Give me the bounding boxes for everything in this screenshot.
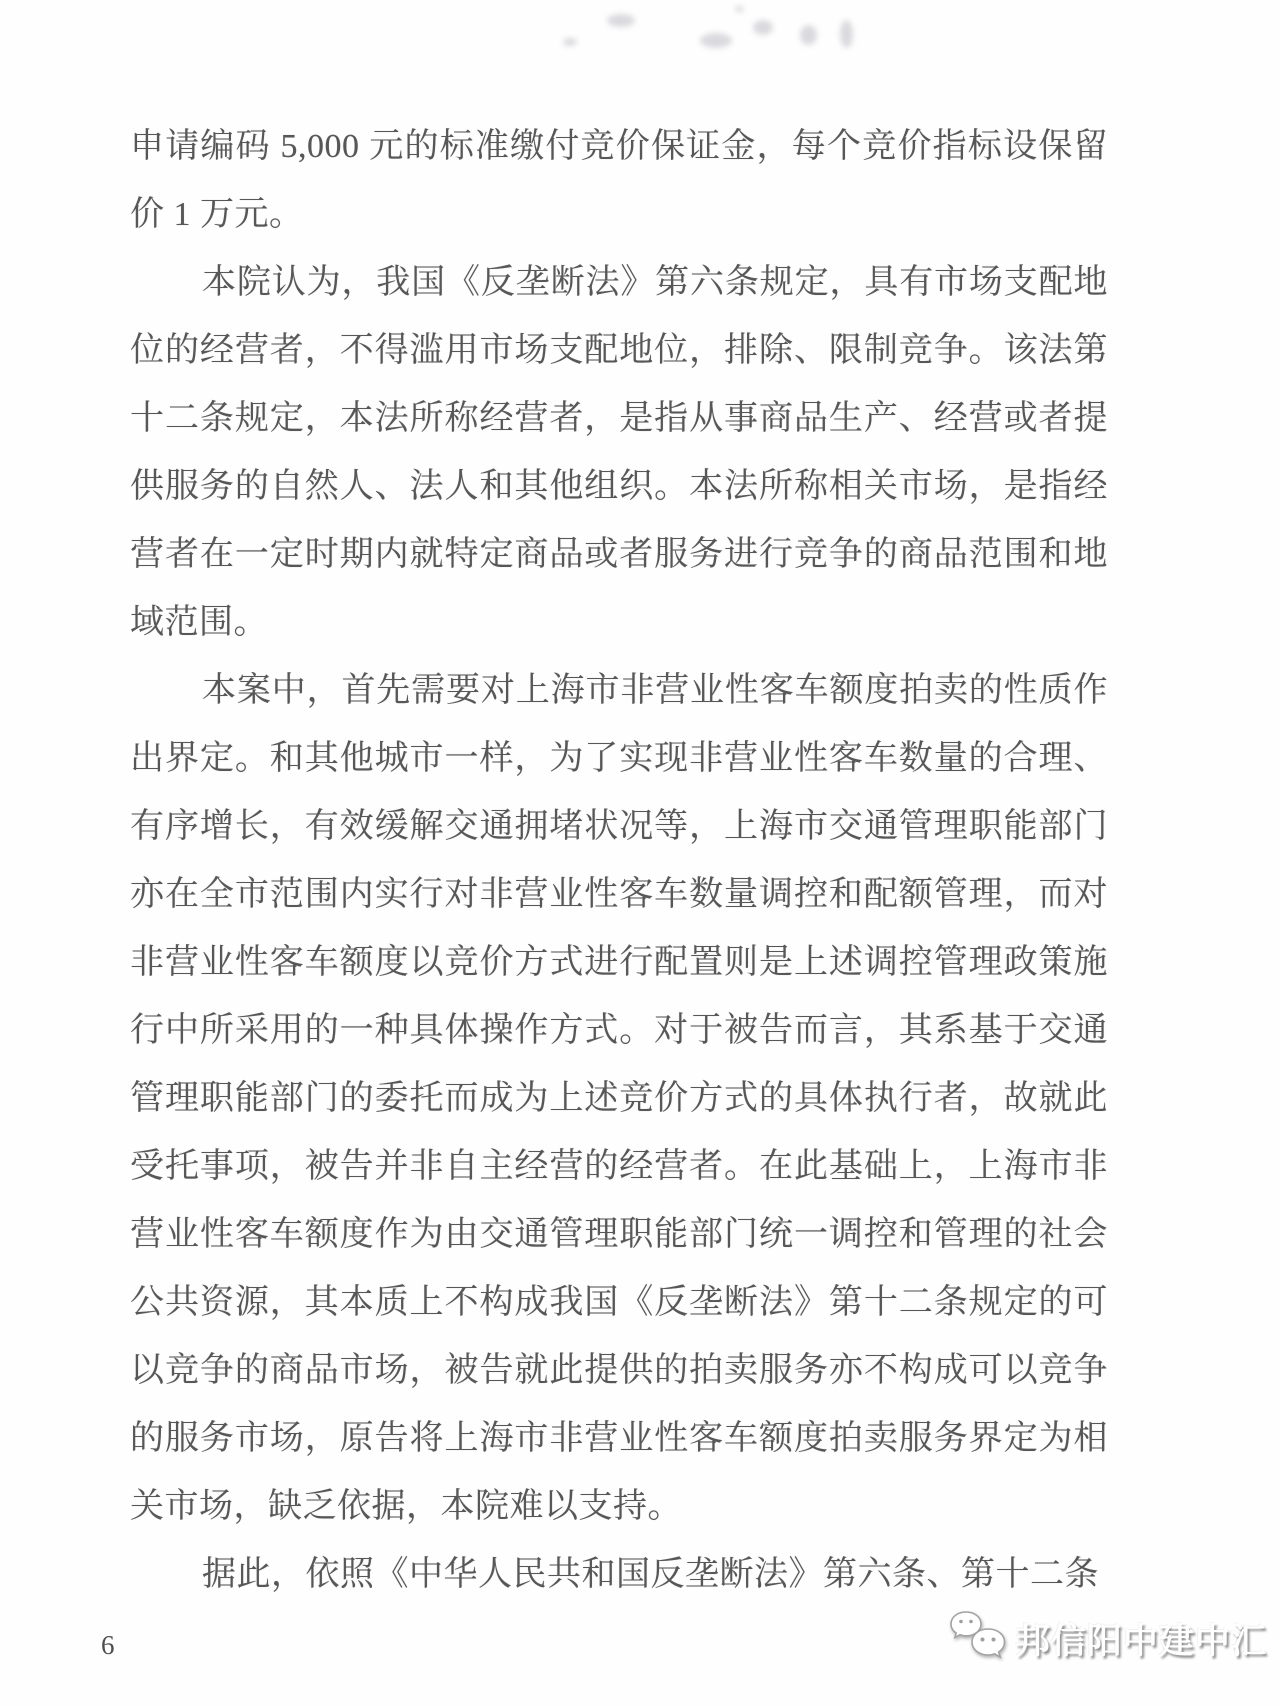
text-line: 行中所采用的一种具体操作方式。对于被告而言，其系基于交通 [130, 997, 1108, 1065]
scan-smudge [563, 38, 577, 46]
text-line: 申请编码 5,000 元的标准缴付竞价保证金，每个竞价指标设保留 [130, 113, 1108, 181]
text-line: 价 1 万元。 [130, 181, 1108, 249]
text-line: 有序增长，有效缓解交通拥堵状况等，上海市交通管理职能部门 [130, 793, 1108, 861]
text-line: 营业性客车额度作为由交通管理职能部门统一调控和管理的社会 [130, 1201, 1108, 1269]
text-line: 受托事项，被告并非自主经营的经营者。在此基础上，上海市非 [130, 1133, 1108, 1201]
watermark-label: 邦信阳中建中汇 [1015, 1614, 1267, 1664]
text-line: 本案中，首先需要对上海市非营业性客车额度拍卖的性质作 [130, 657, 1108, 725]
wechat-icon [948, 1608, 1010, 1670]
scan-smudge [840, 20, 853, 48]
page-number: 6 [101, 1630, 115, 1661]
scan-smudge [735, 6, 744, 12]
text-line: 亦在全市范围内实行对非营业性客车数量调控和配额管理，而对 [130, 861, 1108, 929]
text-line: 域范围。 [130, 589, 1108, 657]
text-line: 非营业性客车额度以竞价方式进行配置则是上述调控管理政策施 [130, 929, 1108, 997]
scan-smudge [800, 25, 817, 45]
text-line: 出界定。和其他城市一样，为了实现非营业性客车数量的合理、 [130, 725, 1108, 793]
scan-smudge [607, 14, 635, 27]
text-line: 十二条规定，本法所称经营者，是指从事商品生产、经营或者提 [130, 385, 1108, 453]
text-line: 位的经营者，不得滥用市场支配地位，排除、限制竞争。该法第 [130, 317, 1108, 385]
text-line: 的服务市场，原告将上海市非营业性客车额度拍卖服务界定为相 [130, 1405, 1108, 1473]
text-line: 管理职能部门的委托而成为上述竞价方式的具体执行者，故就此 [130, 1065, 1108, 1133]
text-line: 供服务的自然人、法人和其他组织。本法所称相关市场，是指经 [130, 453, 1108, 521]
scan-smudge [700, 33, 732, 48]
text-line: 本院认为，我国《反垄断法》第六条规定，具有市场支配地 [130, 249, 1108, 317]
text-line: 公共资源，其本质上不构成我国《反垄断法》第十二条规定的可 [130, 1269, 1108, 1337]
scanned-judgment-page: 申请编码 5,000 元的标准缴付竞价保证金，每个竞价指标设保留 价 1 万元。… [0, 0, 1280, 1706]
law-firm-watermark: 邦信阳中建中汇 [948, 1608, 1267, 1670]
text-line: 营者在一定时期内就特定商品或者服务进行竞争的商品范围和地 [130, 521, 1108, 589]
text-line: 以竞争的商品市场，被告就此提供的拍卖服务亦不构成可以竞争 [130, 1337, 1108, 1405]
text-line: 据此，依照《中华人民共和国反垄断法》第六条、第十二条 [130, 1541, 1108, 1609]
judgment-body-text: 申请编码 5,000 元的标准缴付竞价保证金，每个竞价指标设保留 价 1 万元。… [130, 113, 1108, 1609]
text-line: 关市场，缺乏依据，本院难以支持。 [130, 1473, 1108, 1541]
scan-smudge [753, 20, 773, 35]
